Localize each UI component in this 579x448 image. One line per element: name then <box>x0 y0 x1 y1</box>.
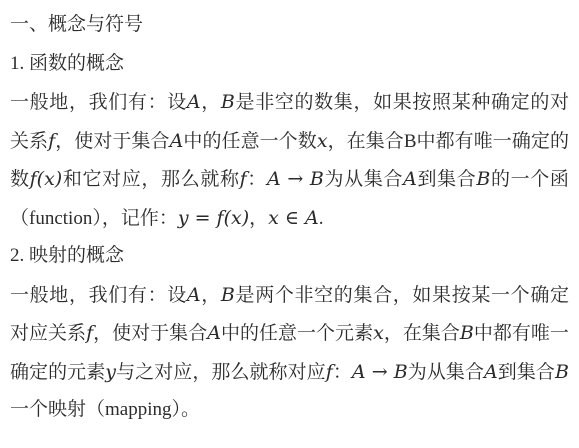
math-expression: A <box>207 322 221 344</box>
text-run: ： <box>247 169 267 190</box>
text-run: （function），记作： <box>10 208 178 229</box>
math-expression: y <box>105 361 116 383</box>
text-run: 对应关系 <box>10 323 86 344</box>
text-run: ，在集合 <box>384 323 460 344</box>
document-title: 一、概念与符号 <box>10 6 569 45</box>
math-expression: f <box>326 361 333 383</box>
math-expression: A <box>187 284 201 306</box>
math-expression: y = f(x) <box>178 207 249 229</box>
text-run: . <box>319 208 324 229</box>
text-run: 中的任意一个数 <box>183 131 316 152</box>
text-run: 中都有唯一 <box>474 323 569 344</box>
text-line: 一般地，我们有：设A，B是非空的数集，如果按照某种确定的对应 <box>10 83 569 122</box>
text-run: 与之对应，那么就称对应 <box>116 362 326 383</box>
text-run: ， <box>201 285 221 306</box>
text-run: 关系 <box>10 131 48 152</box>
text-run: 和它对应，那么就称 <box>62 169 239 190</box>
text-run: ， <box>249 208 268 229</box>
text-line: 确定的元素y与之对应，那么就称对应f：A → B为从集合A到集合B的 <box>10 353 569 392</box>
text-line: （function），记作：y = f(x)，x ∈ A. <box>10 199 569 238</box>
text-line: 数f(x)和它对应，那么就称f：A → B为从集合A到集合B的一个函数 <box>10 160 569 199</box>
text-run: 一般地，我们有：设 <box>10 92 187 113</box>
text-run: 一般地，我们有：设 <box>10 285 187 306</box>
text-line: 对应关系f，使对于集合A中的任意一个元素x，在集合B中都有唯一 <box>10 314 569 353</box>
text-run: 到集合 <box>417 169 477 190</box>
text-run: ， <box>201 92 221 113</box>
math-expression: A <box>170 130 184 152</box>
math-expression: A <box>403 168 417 190</box>
text-run: 为从集合 <box>324 169 403 190</box>
math-expression: B <box>221 91 235 113</box>
text-line: 关系f，使对于集合A中的任意一个数x，在集合B中都有唯一确定的 <box>10 122 569 161</box>
text-line: 一般地，我们有：设A，B是两个非空的集合，如果按某一个确定的 <box>10 276 569 315</box>
text-run: 确定的元素 <box>10 362 105 383</box>
text-run: ，使对于集合 <box>93 323 207 344</box>
text-run: ： <box>333 362 352 383</box>
document-page: 一、概念与符号 1. 函数的概念 一般地，我们有：设A，B是非空的数集，如果按照… <box>0 0 579 448</box>
math-expression: A <box>187 91 201 113</box>
math-expression: B <box>555 361 569 383</box>
text-run: 一个映射（mapping）。 <box>10 399 200 420</box>
text-run: 到集合 <box>498 362 555 383</box>
math-expression: A → B <box>267 168 324 190</box>
text-run: 为从集合 <box>408 362 484 383</box>
text-run: ，使对于集合 <box>55 131 169 152</box>
math-expression: A → B <box>352 361 408 383</box>
section-heading-function: 1. 函数的概念 <box>10 45 569 84</box>
math-expression: f <box>240 168 247 190</box>
math-expression: A <box>484 361 498 383</box>
math-expression: B <box>460 322 474 344</box>
math-expression: f(x) <box>30 168 63 190</box>
math-expression: x ∈ A <box>268 207 319 229</box>
math-expression: B <box>476 168 490 190</box>
section-heading-mapping: 2. 映射的概念 <box>10 237 569 276</box>
math-expression: x <box>373 322 384 344</box>
math-expression: x <box>317 130 328 152</box>
text-run: 中的任意一个元素 <box>221 323 373 344</box>
math-expression: B <box>221 284 235 306</box>
text-run: 数 <box>10 169 30 190</box>
text-line: 一个映射（mapping）。 <box>10 391 569 430</box>
text-run: ，在集合B中都有唯一确定的 <box>328 131 569 152</box>
